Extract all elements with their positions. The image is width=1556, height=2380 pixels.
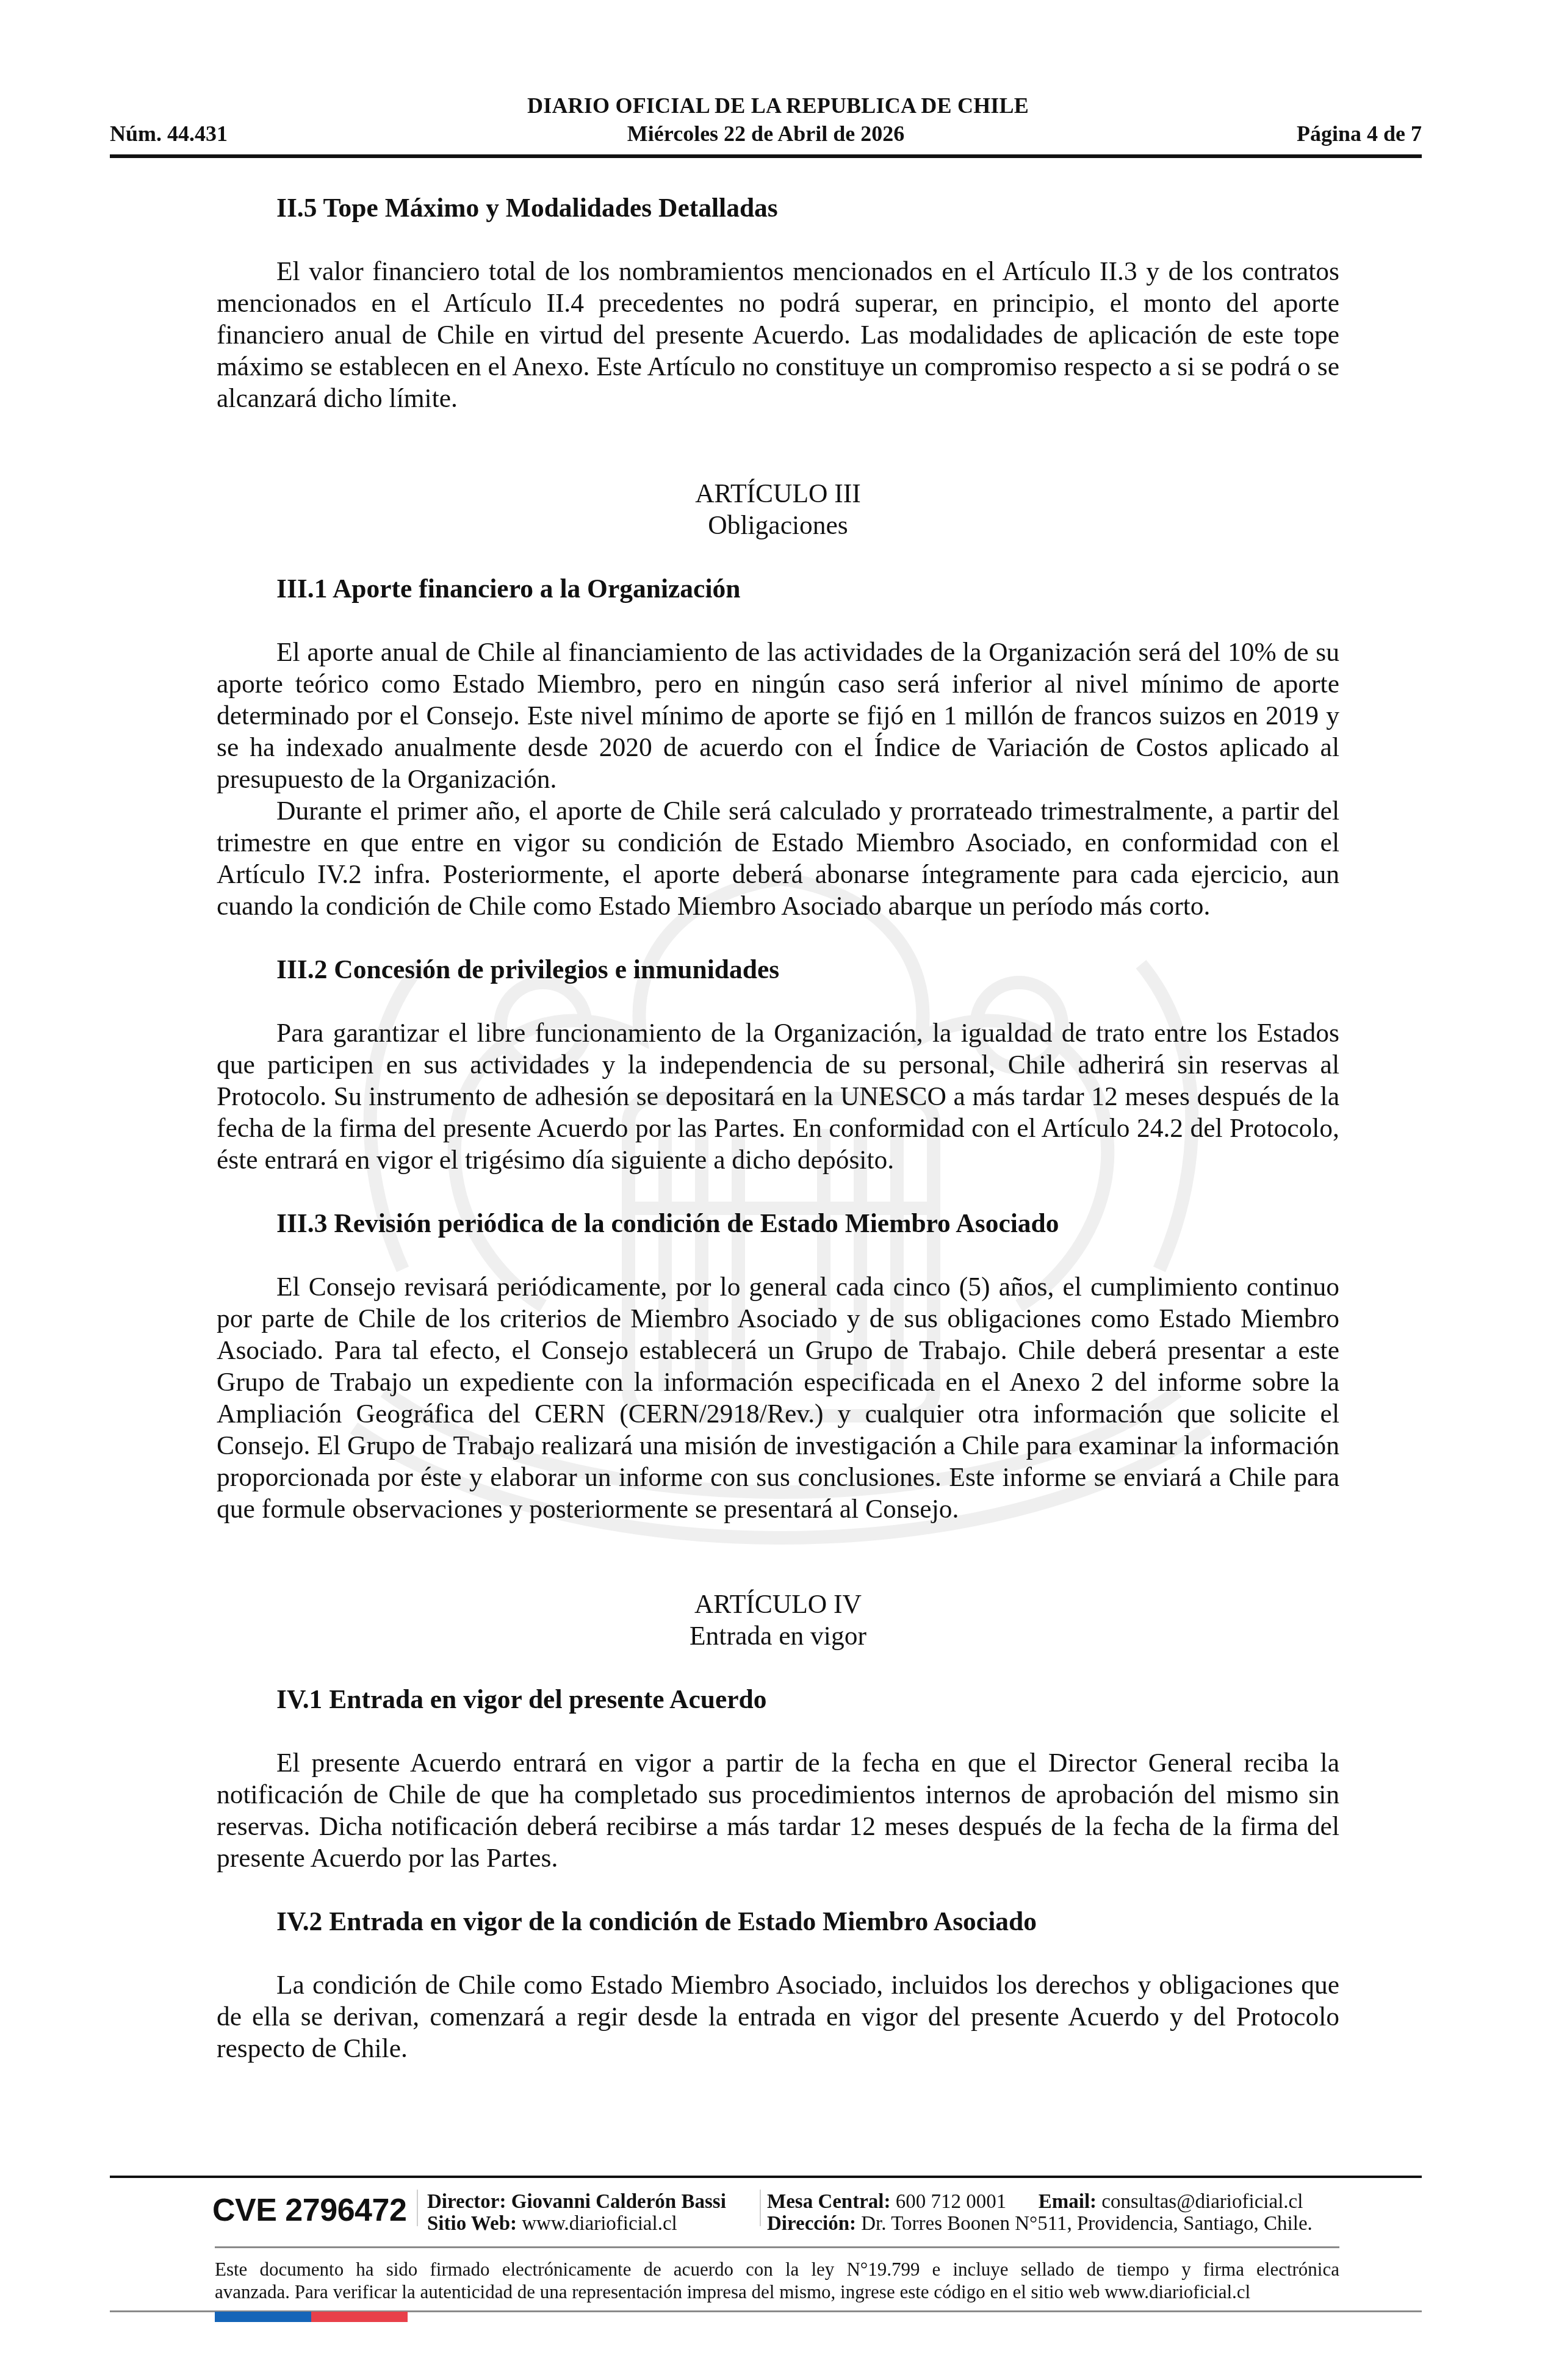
- spacer: [217, 922, 1339, 954]
- disclaimer-line: Este documento ha sido firmado electróni…: [215, 2258, 1339, 2281]
- spacer: [217, 1176, 1339, 1208]
- address: Dr. Torres Boonen N°511, Providencia, Sa…: [861, 2213, 1313, 2235]
- director-label: Director:: [427, 2191, 506, 2213]
- article-title-III: ARTÍCULO III: [217, 478, 1339, 510]
- section-heading-III-2: III.2 Concesión de privilegios e inmunid…: [217, 954, 1339, 986]
- footer-contact-block: Mesa Central: 600 712 0001 Email: consul…: [767, 2191, 1313, 2235]
- paragraph: El valor financiero total de los nombram…: [217, 256, 1339, 414]
- paragraph: El aporte anual de Chile al financiamien…: [217, 636, 1339, 795]
- spacer: [217, 1525, 1339, 1588]
- website-label: Sitio Web:: [427, 2213, 517, 2235]
- article-title-IV: ARTÍCULO IV: [217, 1588, 1339, 1620]
- section-heading-IV-2: IV.2 Entrada en vigor de la condición de…: [217, 1906, 1339, 1938]
- flag-stripe-red: [311, 2312, 408, 2322]
- signature-disclaimer: Este documento ha sido firmado electróni…: [215, 2258, 1339, 2303]
- spacer: [217, 1874, 1339, 1906]
- section-heading-III-3: III.3 Revisión periódica de la condición…: [217, 1208, 1339, 1239]
- spacer: [217, 541, 1339, 573]
- section-heading-II-5: II.5 Tope Máximo y Modalidades Detallada…: [217, 192, 1339, 224]
- spacer: [217, 1652, 1339, 1684]
- email-label: Email:: [1039, 2191, 1097, 2213]
- footer-director-block: Director: Giovanni Calderón Bassi Sitio …: [427, 2191, 726, 2235]
- cve-code: CVE 2796472: [212, 2192, 406, 2229]
- header-divider: [110, 154, 1422, 158]
- footer-separator: [760, 2190, 761, 2226]
- disclaimer-line: avanzada. Para verificar la autenticidad…: [215, 2281, 1339, 2303]
- email-link[interactable]: consultas@diarioficial.cl: [1101, 2191, 1303, 2213]
- website-link[interactable]: www.diarioficial.cl: [522, 2213, 677, 2235]
- header-row: Núm. 44.431 Miércoles 22 de Abril de 202…: [110, 121, 1422, 146]
- phone-number: 600 712 0001: [896, 2191, 1007, 2213]
- paragraph: El presente Acuerdo entrará en vigor a p…: [217, 1747, 1339, 1874]
- footer-divider-mid: [215, 2246, 1339, 2248]
- footer-divider-top: [110, 2176, 1422, 2178]
- section-heading-IV-1: IV.1 Entrada en vigor del presente Acuer…: [217, 1684, 1339, 1715]
- article-subtitle-III: Obligaciones: [217, 510, 1339, 541]
- footer-separator: [417, 2190, 418, 2226]
- phone-label: Mesa Central:: [767, 2191, 891, 2213]
- paragraph: La condición de Chile como Estado Miembr…: [217, 1969, 1339, 2064]
- address-label: Dirección:: [767, 2213, 856, 2235]
- publication-date: Miércoles 22 de Abril de 2026: [110, 121, 1422, 146]
- spacer: [217, 414, 1339, 478]
- document-body: II.5 Tope Máximo y Modalidades Detallada…: [217, 192, 1339, 2064]
- paragraph: Para garantizar el libre funcionamiento …: [217, 1017, 1339, 1176]
- paragraph: El Consejo revisará periódicamente, por …: [217, 1271, 1339, 1525]
- director-name: Giovanni Calderón Bassi: [511, 2191, 726, 2213]
- paragraph: Durante el primer año, el aporte de Chil…: [217, 795, 1339, 922]
- article-subtitle-IV: Entrada en vigor: [217, 1620, 1339, 1652]
- publication-title: DIARIO OFICIAL DE LA REPUBLICA DE CHILE: [0, 93, 1556, 118]
- flag-stripe-blue: [215, 2312, 311, 2322]
- section-heading-III-1: III.1 Aporte financiero a la Organizació…: [217, 573, 1339, 605]
